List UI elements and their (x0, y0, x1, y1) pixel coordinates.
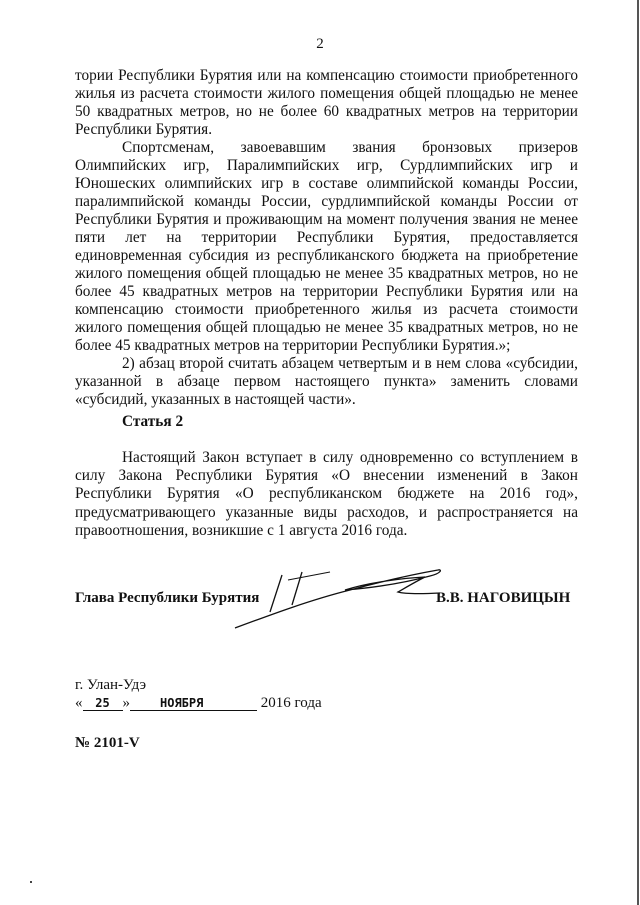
date-open-quote: « (75, 695, 83, 711)
city: г. Улан-Удэ (75, 677, 146, 694)
document-body: тории Республики Бурятия или на компенса… (75, 67, 578, 409)
page-number: 2 (0, 36, 640, 53)
article-body: Настоящий Закон вступает в силу одноврем… (75, 449, 578, 540)
law-number: № 2101-V (75, 735, 140, 752)
paragraph-bronze-medalists: Спортсменам, завоевавшим звания бронзовы… (75, 139, 578, 355)
article-paragraph: Настоящий Закон вступает в силу одноврем… (75, 449, 578, 540)
date-line: «25»НОЯБРЯ 2016 года (75, 695, 322, 712)
article-heading: Статья 2 (122, 413, 183, 431)
paragraph-continuation: тории Республики Бурятия или на компенса… (75, 67, 578, 139)
date-close-quote: » (123, 695, 131, 711)
handwritten-signature-icon (230, 560, 450, 635)
date-day: 25 (83, 696, 123, 711)
date-year: 2016 года (261, 695, 322, 711)
date-month: НОЯБРЯ (130, 696, 257, 711)
paragraph-amendment-2: 2) абзац второй считать абзацем четверты… (75, 355, 578, 409)
scan-artifact (30, 881, 32, 883)
page-right-border (637, 0, 639, 905)
signatory-name: В.В. НАГОВИЦЫН (436, 590, 570, 607)
